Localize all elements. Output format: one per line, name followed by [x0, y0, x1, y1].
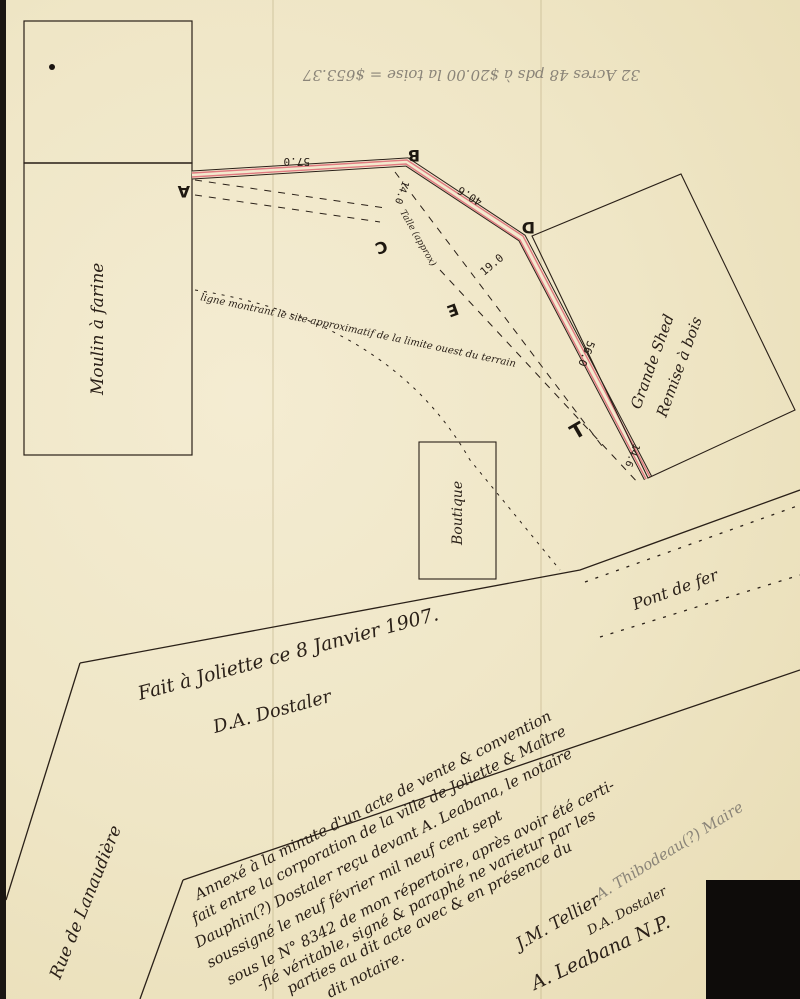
- pencil-note: 32 Acres 48 pds à $20.00 la toise = $653…: [302, 66, 640, 84]
- railway-dashed: [585, 505, 800, 637]
- small-note: Talle (approx): [397, 208, 438, 269]
- ink-spot: [49, 64, 55, 70]
- fait-line: Fait à Joliette ce 8 Janvier 1907.: [135, 603, 441, 705]
- annex-text: Annexé à la minute d'un acte de vente & …: [188, 707, 618, 999]
- survey-plan: Moulin à farine 32 Acres 48 pds à $20.00…: [0, 0, 800, 999]
- boutique-label: Boutique: [450, 481, 466, 546]
- dostaler-signature: D.A. Dostaler: [210, 686, 335, 738]
- curve-annotation: ligne montrant le site approximatif de l…: [199, 292, 516, 370]
- scan-black-corner: [706, 880, 800, 999]
- dim-ab: 57.0: [284, 155, 311, 168]
- point-a: A: [177, 182, 190, 201]
- point-b: B: [408, 146, 420, 165]
- point-d: D: [522, 218, 535, 237]
- moulin-label: Moulin à farine: [88, 263, 108, 396]
- pont-label: Pont de fer: [629, 565, 722, 614]
- moulin-building: [24, 21, 192, 455]
- point-c: C: [373, 236, 391, 258]
- dim-bd: 40.6: [455, 183, 484, 208]
- rue-label: Rue de Lanaudière: [46, 823, 126, 983]
- dim-de: 19.0: [478, 251, 507, 278]
- dim-bc: 14.0: [392, 179, 411, 205]
- point-t: T: [566, 417, 590, 445]
- point-e: E: [444, 299, 461, 321]
